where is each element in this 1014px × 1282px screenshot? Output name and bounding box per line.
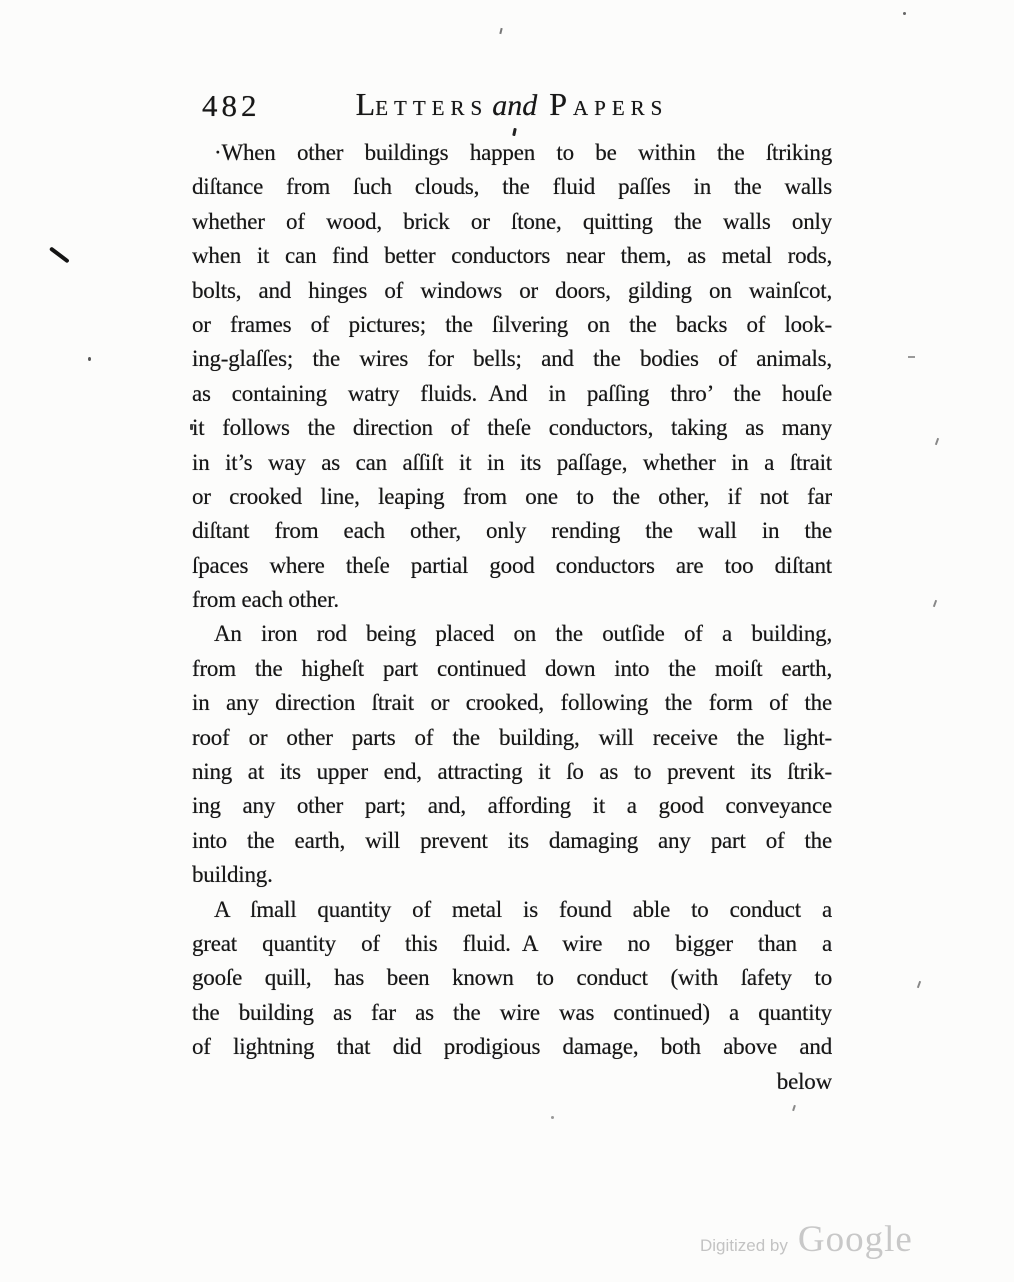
digitization-watermark: Digitized by Google bbox=[700, 1218, 913, 1261]
text-line: when it can find better conductors near … bbox=[192, 239, 832, 273]
scan-speck bbox=[917, 981, 921, 988]
scan-speck bbox=[933, 600, 937, 607]
text-line: as containing watry fluids. And in paſſi… bbox=[192, 377, 832, 411]
text-line: diſtance from ſuch clouds, the fluid paſ… bbox=[192, 170, 832, 204]
scan-speck bbox=[88, 357, 91, 361]
text-line: gooſe quill, has been known to conduct (… bbox=[192, 961, 832, 995]
text-line: from each other. bbox=[192, 583, 832, 617]
text-line: in any direction ſtrait or crooked, foll… bbox=[192, 686, 832, 720]
running-title-initial-2: P bbox=[549, 86, 567, 122]
text-line: diſtant from each other, only rending th… bbox=[192, 514, 832, 548]
text-line: ning at its upper end, attracting it ſo … bbox=[192, 755, 832, 789]
text-line: roof or other parts of the building, wil… bbox=[192, 721, 832, 755]
scan-speck bbox=[499, 28, 502, 34]
scan-speck bbox=[935, 438, 939, 445]
text-line: bolts, and hinges of windows or doors, g… bbox=[192, 274, 832, 308]
running-title: LETTERSandPAPERS bbox=[192, 86, 832, 123]
scan-speck bbox=[551, 1116, 554, 1119]
page-header: 482 LETTERSandPAPERS bbox=[192, 86, 832, 130]
text-line: it follows the direction of theſe conduc… bbox=[192, 411, 832, 445]
text-line: from the higheſt part continued down int… bbox=[192, 652, 832, 686]
text-line: ing-glaſſes; the wires for bells; and th… bbox=[192, 342, 832, 376]
scan-speck bbox=[903, 12, 906, 15]
body-text: ·When other buildings happen to be withi… bbox=[192, 136, 832, 1099]
catchword: below bbox=[192, 1065, 832, 1099]
scan-speck bbox=[908, 356, 915, 358]
text-line: great quantity of this fluid. A wire no … bbox=[192, 927, 832, 961]
text-line: ſpaces where theſe partial good conducto… bbox=[192, 549, 832, 583]
text-line: in it’s way as can aſſiſt it in its paſſ… bbox=[192, 446, 832, 480]
scan-speck bbox=[792, 1105, 796, 1111]
google-logo: Google bbox=[798, 1218, 913, 1261]
text-line: An iron rod being placed on the outſide … bbox=[192, 617, 832, 651]
text-line: or frames of pictures; the ſilvering on … bbox=[192, 308, 832, 342]
book-page-scan: 482 LETTERSandPAPERS ·When other buildin… bbox=[0, 0, 1014, 1282]
scan-speck bbox=[190, 424, 193, 430]
text-line: building. bbox=[192, 858, 832, 892]
scan-speck bbox=[49, 246, 69, 263]
text-line: whether of wood, brick or ſtone, quittin… bbox=[192, 205, 832, 239]
scan-speck bbox=[512, 128, 517, 136]
text-line: ·When other buildings happen to be withi… bbox=[192, 136, 832, 170]
text-line: or crooked line, leaping from one to the… bbox=[192, 480, 832, 514]
text-line: A ſmall quantity of metal is found able … bbox=[192, 893, 832, 927]
watermark-prefix-label: Digitized by bbox=[700, 1236, 788, 1256]
text-line: the building as far as the wire was cont… bbox=[192, 996, 832, 1030]
text-line: ing any other part; and, affording it a … bbox=[192, 789, 832, 823]
running-title-conjunction: and bbox=[492, 89, 537, 122]
running-title-initial-1: L bbox=[356, 86, 376, 122]
text-line: of lightning that did prodigious damage,… bbox=[192, 1030, 832, 1064]
text-line: into the earth, will prevent its damagin… bbox=[192, 824, 832, 858]
running-title-smallcaps-2: APERS bbox=[573, 96, 668, 120]
running-title-smallcaps-1: ETTERS bbox=[375, 96, 488, 120]
